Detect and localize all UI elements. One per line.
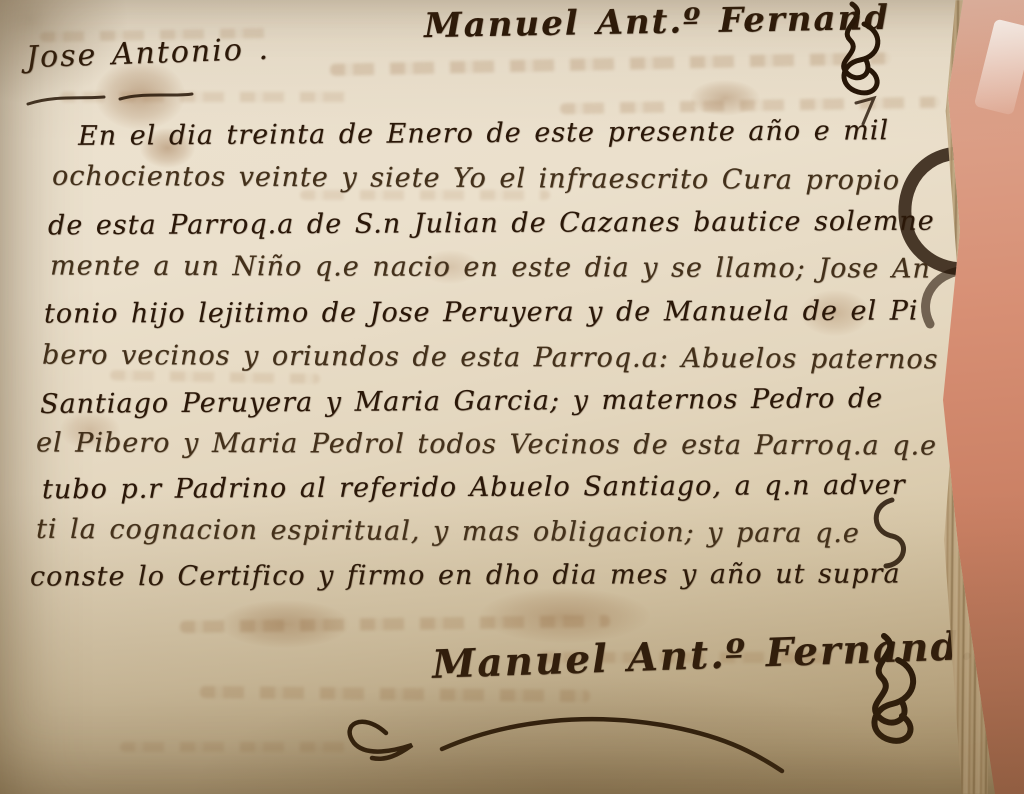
backdrop-highlight <box>974 18 1024 115</box>
page-shading <box>0 0 1010 794</box>
manuscript-page: Manuel Ant.º Fernand Jose Antonio . En e… <box>0 0 1010 794</box>
manuscript-photo: Manuel Ant.º Fernand Jose Antonio . En e… <box>0 0 1024 794</box>
